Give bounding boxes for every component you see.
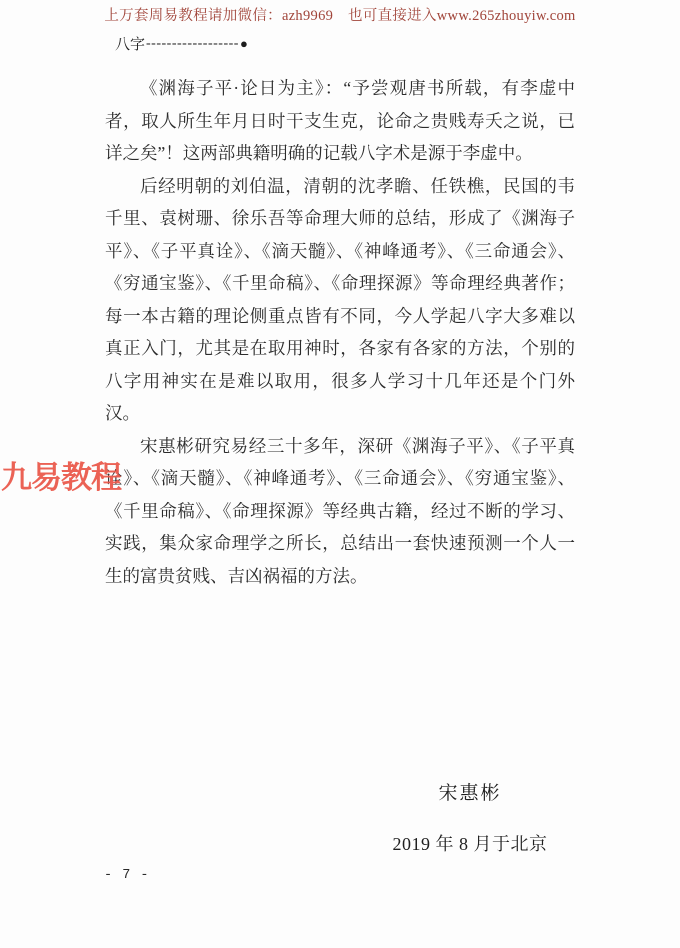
- body-paragraph: 宋惠彬研究易经三十多年，深研《渊海子平》、《子平真诠》、《滴天髓》、《神峰通考》…: [105, 430, 575, 593]
- signature-name: 宋惠彬: [320, 781, 620, 807]
- running-header: 八字 ------------------ ●: [115, 33, 248, 54]
- page-number: - 7 -: [104, 868, 150, 883]
- bullet-marker-icon: ●: [240, 37, 248, 50]
- document-page: 上万套周易教程请加微信：azh9969 也可直接进入www.265zhouyiw…: [0, 0, 680, 948]
- body-paragraph: 《渊海子平·论日为主》：“予尝观唐书所载，有李虚中者，取人所生年月日时干支生克，…: [105, 72, 575, 170]
- watermark: 九易教程: [1, 452, 121, 497]
- body-text: 《渊海子平·论日为主》：“予尝观唐书所载，有李虚中者，取人所生年月日时干支生克，…: [105, 72, 575, 592]
- signature-dateline: 2019 年 8 月于北京: [320, 830, 620, 856]
- dash-rule: ------------------: [146, 36, 239, 52]
- signature-block: 宋惠彬 2019 年 8 月于北京: [320, 781, 620, 856]
- promo-header-text: 上万套周易教程请加微信：azh9969 也可直接进入www.265zhouyiw…: [0, 4, 680, 25]
- body-paragraph: 后经明朝的刘伯温，清朝的沈孝瞻、任铁樵，民国的韦千里、袁树珊、徐乐吾等命理大师的…: [105, 170, 575, 430]
- section-label: 八字: [115, 33, 145, 54]
